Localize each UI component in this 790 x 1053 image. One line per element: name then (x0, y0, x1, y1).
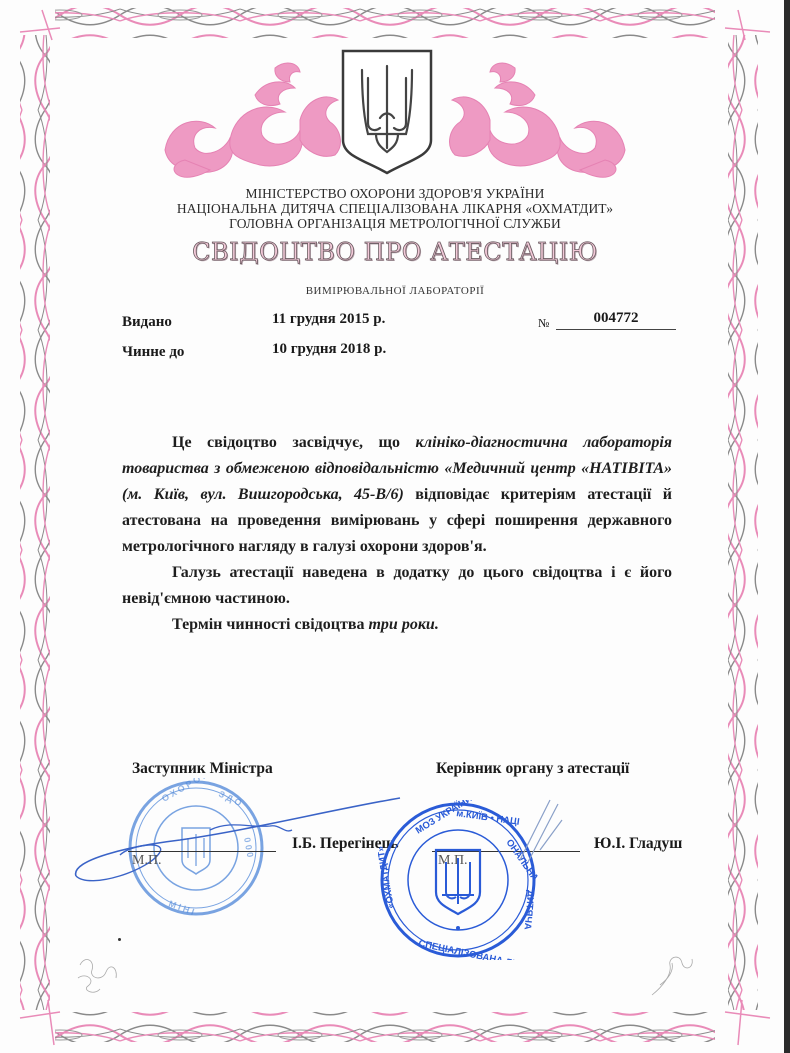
ink-dot (118, 938, 121, 941)
certificate-subtitle: ВИМІРЮВАЛЬНОЇ ЛАБОРАТОРІЇ (0, 285, 790, 297)
header-line-ministry: МІНІСТЕРСТВО ОХОРОНИ ЗДОРОВ'Я УКРАЇНИ (0, 186, 790, 201)
certificate-number: 004772 (556, 310, 676, 330)
number-label: № (538, 316, 549, 331)
certificate-page: МІНІСТЕРСТВО ОХОРОНИ ЗДОРОВ'Я УКРАЇНИ НА… (0, 0, 790, 1053)
svg-text:«ОХМАТДИТ»: «ОХМАТДИТ» (378, 845, 397, 909)
certificate-body: Це свідоцтво засвідчує, що клініко-діагн… (122, 430, 672, 638)
signature-scribble-right (510, 790, 570, 870)
certificate-title: СВІДОЦТВО ПРО АТЕСТАЦІЮ (0, 238, 790, 266)
left-signatory-title: Заступник Міністра (132, 760, 273, 778)
svg-text:М І Н І: М І Н І (167, 898, 195, 916)
left-signature-line (128, 851, 276, 852)
svg-text:ДИТЯЧА: ДИТЯЧА (522, 890, 536, 931)
valid-until-label: Чинне до (122, 344, 184, 361)
issued-label: Видано (122, 314, 172, 331)
body-paragraph-2: Галузь атестації наведена в додатку до ц… (122, 560, 672, 612)
body-p3-lead: Термін чинності свідоцтва (172, 616, 368, 633)
issuer-header: МІНІСТЕРСТВО ОХОРОНИ ЗДОРОВ'Я УКРАЇНИ НА… (0, 186, 790, 231)
valid-until-date: 10 грудня 2018 р. (272, 341, 386, 358)
validity-term: три роки. (368, 616, 438, 633)
svg-text:СПЕЦІАЛІЗОВАНА ЛІКАРНЯ: СПЕЦІАЛІЗОВАНА ЛІКАРНЯ (417, 938, 538, 960)
issued-date: 11 грудня 2015 р. (272, 311, 385, 328)
body-p1-lead: Це свідоцтво засвідчує, що (172, 434, 415, 451)
scan-edge (784, 0, 790, 1053)
body-paragraph-1: Це свідоцтво засвідчує, що клініко-діагн… (122, 430, 672, 560)
right-signatory-title: Керівник органу з атестації (436, 760, 629, 778)
body-paragraph-3: Термін чинності свідоцтва три роки. (122, 612, 672, 638)
right-signatory-name: Ю.І. Гладуш (594, 835, 682, 853)
left-seal-mark: М.П. (132, 853, 162, 869)
header-line-hospital: НАЦІОНАЛЬНА ДИТЯЧА СПЕЦІАЛІЗОВАНА ЛІКАРН… (0, 201, 790, 216)
header-line-metrology: ГОЛОВНА ОРГАНІЗАЦІЯ МЕТРОЛОГІЧНОЇ СЛУЖБИ (0, 216, 790, 231)
trident-coat-of-arms-icon (340, 48, 434, 176)
